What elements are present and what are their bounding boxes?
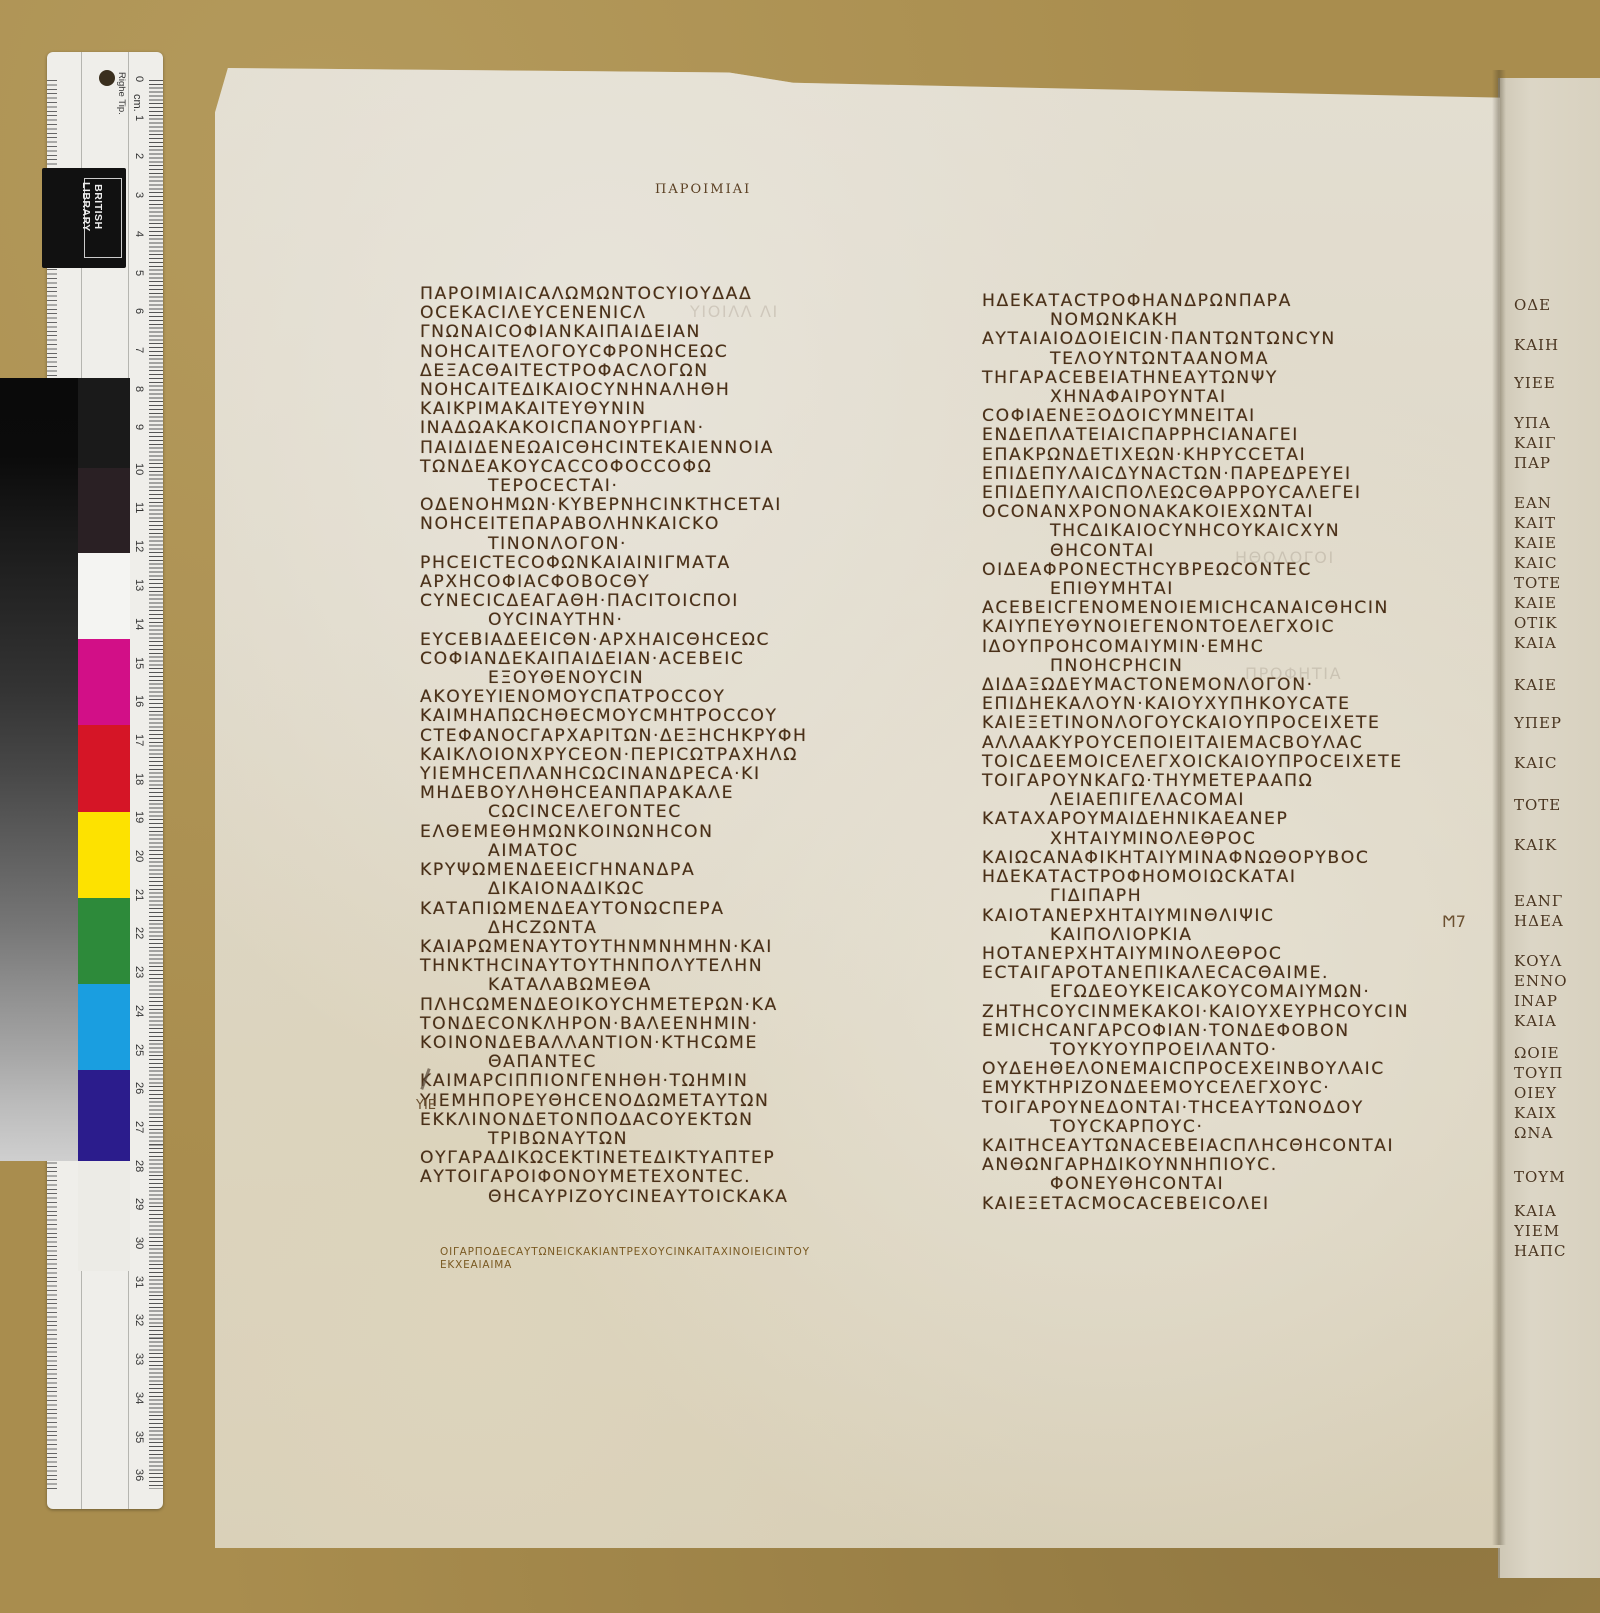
ruler-cm-number: 32	[133, 1314, 145, 1326]
manuscript-line: ΘΗCΑΥΡΙΖΟΥCΙΝΕΑΥΤΟΙCΚΑΚΑ	[420, 1188, 808, 1207]
facing-page-fragment: ΗΑΠC	[1514, 1244, 1566, 1259]
manuscript-line: ΘΑΠΑΝΤΕC	[420, 1053, 808, 1072]
manuscript-line: ΟΔΕΝΟΗΜΩΝ·ΚΥΒΕΡΝΗCΙΝΚΤΗCΕΤΑΙ	[420, 496, 808, 515]
manuscript-line: ΚΑΙΕΞΕΤΙΝΟΝΛΟΓΟΥCΚΑΙΟΥΠΡΟCΕΙΧΕΤΕ	[982, 714, 1409, 733]
margin-quire-number: Ϻ7	[1442, 912, 1466, 931]
ruler-cm-number: 30	[133, 1237, 145, 1249]
running-title: ΠΑΡΟΙΜΙΑΙ	[655, 182, 751, 197]
manuscript-line: CΥΝΕCΙCΔΕΑΓΑΘΗ·ΠΑCΙΤΟΙCΠΟΙ	[420, 592, 808, 611]
ruler-cm-number: 31	[133, 1276, 145, 1288]
manuscript-line: ΑCΕΒΕΙCΓΕΝΟΜΕΝΟΙΕΜΙCΗCΑΝΑΙCΘΗCΙΝ	[982, 599, 1409, 618]
manuscript-line: ΤΩΝΔΕΑΚΟΥCΑCCΟΦΟCCΟΦΩ	[420, 458, 808, 477]
ruler-cm-number: 27	[133, 1121, 145, 1133]
facing-page-fragment: ΚΑΙΤ	[1514, 516, 1556, 531]
manuscript-line: ΑΥΤΟΙΓΑΡΟΙΦΟΝΟΥΜΕΤΕΧΟΝΤΕC.	[420, 1168, 808, 1187]
manuscript-line: ΙΝΑΔΩΑΚΑΚΟΙCΠΑΝΟΥΡΓΙΑΝ·	[420, 419, 808, 438]
ruler-cm-number: 15	[133, 657, 145, 669]
manuscript-line: ΤΡΙΒΩΝΑΥΤΩΝ	[420, 1130, 808, 1149]
manuscript-line: ΖΗΤΗCΟΥCΙΝΜΕΚΑΚΟΙ·ΚΑΙΟΥΧΕΥΡΗCΟΥCΙΝ	[982, 1003, 1409, 1022]
ruler-cm-number: 36	[133, 1469, 145, 1481]
manuscript-line: ΑΚΟΥΕΥΙΕΝΟΜΟΥCΠΑΤΡΟCCΟΥ	[420, 688, 808, 707]
ruler-cm-number: 0	[133, 76, 145, 82]
facing-page-fragment: ΟΙΕΥ	[1514, 1086, 1557, 1101]
manuscript-line: ΤΟΝΔΕCΟΝΚΛΗΡΟΝ·ΒΑΛΕΕΝΗΜΙΝ·	[420, 1015, 808, 1034]
facing-page-fragment: ΚΑΙΧ	[1514, 1106, 1557, 1121]
manuscript-line: ΚΡΥΨΩΜΕΝΔΕΕΙCΓΗΝΑΝΔΡΑ	[420, 861, 808, 880]
ruler-cm-number: 12	[133, 540, 145, 552]
ruler-cm-number: 28	[133, 1160, 145, 1172]
facing-page-fragment: ΤΟΤΕ	[1514, 798, 1561, 813]
manuscript-line: ΤΕΡΟCΕCΤΑΙ·	[420, 477, 808, 496]
facing-page-fragment: ΙΝΑΡ	[1514, 994, 1558, 1009]
ruler-cm-number: 35	[133, 1431, 145, 1443]
manuscript-line: ΚΑΙΠΟΛΙΟΡΚΙΑ	[982, 926, 1409, 945]
manuscript-line: ΕΠΙΘΥΜΗΤΑΙ	[982, 580, 1409, 599]
facing-page-fragment: ΠΑΡ	[1514, 456, 1551, 471]
manuscript-line: ΔΙΔΑΞΩΔΕΥΜΑCΤΟΝΕΜΟΝΛΟΓΟΝ·	[982, 676, 1409, 695]
ruler-bottom-patch	[78, 1161, 130, 1271]
manuscript-line: ΠΝΟΗCΡΗCΙΝ	[982, 657, 1409, 676]
facing-page-fragment: ΤΟΥΠ	[1514, 1066, 1563, 1081]
manuscript-line: ΚΑΙΥΠΕΥΘΥΝΟΙΕΓΕΝΟΝΤΟΕΛΕΓΧΟΙC	[982, 618, 1409, 637]
manuscript-line: ΤΟΙΓΑΡΟΥΝΚΑΓΩ·ΤΗΥΜΕΤΕΡΑΑΠΩ	[982, 772, 1409, 791]
manuscript-line: ΟΥΓΑΡΑΔΙΚΩCΕΚΤΙΝΕΤΕΔΙΚΤΥΑΠΤΕΡ	[420, 1149, 808, 1168]
ruler-cm-number: 22	[133, 927, 145, 939]
manuscript-line: ΤΟΥΚΥΟΥΠΡΟΕΙΛΑΝΤΟ·	[982, 1041, 1409, 1060]
manuscript-line: ΕΠΑΚΡΩΝΔΕΤΙΧΕΩΝ·ΚΗΡΥCCΕΤΑΙ	[982, 446, 1409, 465]
ruler-cm-number: 29	[133, 1198, 145, 1210]
footnote-line: ΟΙΓΑΡΠΟΔΕCΑΥΤΩΝΕΙCΚΑΚΙΑΝΤΡΕΧΟΥCΙΝΚΑΙΤΑΧΙ…	[440, 1246, 810, 1259]
manuscript-line: ΑΙΜΑΤΟC	[420, 842, 808, 861]
manuscript-line: ΚΑΤΑΧΑΡΟΥΜΑΙΔΕΗΝΙΚΑΕΑΝΕΡ	[982, 810, 1409, 829]
ruler-cm-number: 23	[133, 966, 145, 978]
manuscript-line: ΡΗCΕΙCΤΕCΟΦΩΝΚΑΙΑΙΝΙΓΜΑΤΑ	[420, 554, 808, 573]
ruler-cm-number: 9	[133, 424, 145, 430]
color-swatch-yellow	[78, 812, 130, 898]
manuscript-line: ΕΝΔΕΠΛΑΤΕΙΑΙCΠΑΡΡΗCΙΑΝΑΓΕΙ	[982, 426, 1409, 445]
text-column-right: ΗΔΕΚΑΤΑCΤΡΟΦΗΑΝΔΡΩΝΠΑΡΑΝΟΜΩΝΚΑΚΗΑΥΤΑΙΑΙΟ…	[982, 292, 1409, 1214]
ruler-cm-number: 4	[133, 231, 145, 237]
ruler-cm-unit-label: cm.	[131, 94, 143, 112]
facing-page-fragment: ΤΟΤΕ	[1514, 576, 1561, 591]
text-column-left: ΠΑΡΟΙΜΙΑΙCΑΛΩΜΩΝΤΟCΥΙΟΥΔΑΔΟCΕΚΑCΙΛΕΥCΕΝΕ…	[420, 285, 808, 1207]
manuscript-line: CΤΕΦΑΝΟCΓΑΡΧΑΡΙΤΩΝ·ΔΕΞΗCΗΚΡΥΦΗ	[420, 727, 808, 746]
manuscript-line: ΟΙΔΕΑΦΡΟΝΕCΤΗCΥΒΡΕΩCΟΝΤΕC	[982, 561, 1409, 580]
ruler-cm-number: 19	[133, 811, 145, 823]
ruler-hanging-hole	[99, 70, 115, 86]
facing-page-fragment: ΚΟΥΛ	[1514, 954, 1562, 969]
ruler-cm-number: 2	[133, 153, 145, 159]
ruler-cm-number: 18	[133, 773, 145, 785]
manuscript-line: ΕCΤΑΙΓΑΡΟΤΑΝΕΠΙΚΑΛΕCΑCΘΑΙΜΕ.	[982, 964, 1409, 983]
manuscript-line: ΝΟΗCΑΙΤΕΛΟΓΟΥCΦΡΟΝΗCΕΩC	[420, 343, 808, 362]
facing-page-fragment: ΤΟΥΜ	[1514, 1170, 1566, 1185]
ruler-cm-ticks	[149, 80, 163, 1489]
facing-page-fragment: ΕΑΝΓ	[1514, 894, 1563, 909]
manuscript-line: ΤΕΛΟΥΝΤΩΝΤΑΑΝΟΜΑ	[982, 350, 1409, 369]
manuscript-line: ΕΠΙΔΕΠΥΛΑΙCΠΟΛΕΩCΘΑΡΡΟΥCΑΛΕΓΕΙ	[982, 484, 1409, 503]
manuscript-line: ΚΑΤΑΠΙΩΜΕΝΔΕΑΥΤΟΝΩCΠΕΡΑ	[420, 900, 808, 919]
color-swatch-black	[78, 378, 130, 468]
manuscript-line: ΟCΟΝΑΝΧΡΟΝΟΝΑΚΑΚΟΙΕΧΩΝΤΑΙ	[982, 503, 1409, 522]
facing-page-fragment: ΚΑΙΕ	[1514, 536, 1557, 551]
color-swatch-cyan	[78, 984, 130, 1070]
manuscript-line: ΜΗΔΕΒΟΥΛΗΘΗCΕΑΝΠΑΡΑΚΑΛΕ	[420, 784, 808, 803]
manuscript-line: ΗΔΕΚΑΤΑCΤΡΟΦΗΟΜΟΙΩCΚΑΤΑΙ	[982, 868, 1409, 887]
manuscript-line: ΔΙΚΑΙΟΝΑΔΙΚΩC	[420, 880, 808, 899]
facing-page-fragment: ΩΝΑ	[1514, 1126, 1553, 1141]
facing-page-fragment: ΚΑΙΕ	[1514, 678, 1557, 693]
manuscript-line: CΩCΙΝCΕΛΕΓΟΝΤΕC	[420, 803, 808, 822]
manuscript-line: ΝΟΗCΑΙΤΕΔΙΚΑΙΟCΥΝΗΝΑΛΗΘΗ	[420, 381, 808, 400]
manuscript-line: ΟΥCΙΝΑΥΤΗΝ·	[420, 611, 808, 630]
facing-page-fragment: ΚΑΙΑ	[1514, 1014, 1557, 1029]
ruler-cm-number: 17	[133, 734, 145, 746]
manuscript-line: ΚΑΙΟΤΑΝΕΡΧΗΤΑΙΥΜΙΝΘΛΙΨΙC	[982, 907, 1409, 926]
color-swatch-blue-violet	[78, 1070, 130, 1161]
ruler-cm-number: 1	[133, 115, 145, 121]
gutter-shadow	[1492, 70, 1506, 1545]
manuscript-line: ΟCΕΚΑCΙΛΕΥCΕΝΕΝΙCΛ	[420, 304, 808, 323]
manuscript-line: ΤΗΝΚΤΗCΙΝΑΥΤΟΥΤΗΝΠΟΛΥΤΕΛΗΝ	[420, 957, 808, 976]
manuscript-line: ΚΑΤΑΛΑΒΩΜΕΘΑ	[420, 976, 808, 995]
facing-page-fragment: ΚΑΙΚ	[1514, 838, 1557, 853]
ruler-cm-number: 10	[133, 463, 145, 475]
manuscript-line: ΗΔΕΚΑΤΑCΤΡΟΦΗΑΝΔΡΩΝΠΑΡΑ	[982, 292, 1409, 311]
manuscript-line: ΠΛΗCΩΜΕΝΔΕΟΙΚΟΥCΗΜΕΤΕΡΩΝ·ΚΑ	[420, 996, 808, 1015]
facing-page-fragment: ΥΙΕΜ	[1514, 1224, 1560, 1239]
manuscript-line: ΓΙΔΙΠΑΡΗ	[982, 887, 1409, 906]
manuscript-line: ΕΞΟΥΘΕΝΟΥCΙΝ	[420, 669, 808, 688]
manuscript-line: ΑΥΤΑΙΑΙΟΔΟΙΕΙCΙΝ·ΠΑΝΤΩΝΤΩΝCΥΝ	[982, 330, 1409, 349]
manuscript-line: ΚΑΙΜΗΑΠΩCΗΘΕCΜΟΥCΜΗΤΡΟCCΟΥ	[420, 707, 808, 726]
manuscript-line: ΝΟΜΩΝΚΑΚΗ	[982, 311, 1409, 330]
facing-page-fragment: ΟΤΙΚ	[1514, 616, 1557, 631]
manuscript-line: ΤΟΙCΔΕΕΜΟΙCΕΛΕΓΧΟΙCΚΑΙΟΥΠΡΟCΕΙΧΕΤΕ	[982, 753, 1409, 772]
facing-page-fragment: ΚΑΙΗ	[1514, 338, 1559, 353]
ruler-cm-number: 7	[133, 347, 145, 353]
facing-page-fragment: ΚΑΙΕ	[1514, 596, 1557, 611]
manuscript-line: ΕΜΥΚΤΗΡΙΖΟΝΔΕΕΜΟΥCΕΛΕΓΧΟΥC·	[982, 1079, 1409, 1098]
manuscript-line: ΟΥΔΕΗΘΕΛΟΝΕΜΑΙCΠΡΟCΕΧΕΙΝΒΟΥΛΑΙC	[982, 1060, 1409, 1079]
manuscript-line: ΑΝΘΩΝΓΑΡΗΔΙΚΟΥΝΝΗΠΙΟΥC.	[982, 1156, 1409, 1175]
manuscript-line: ΑΛΛΑΑΚΥΡΟΥCΕΠΟΙΕΙΤΑΙΕΜΑCΒΟΥΛΑC	[982, 734, 1409, 753]
bottom-margin-correction: ΟΙΓΑΡΠΟΔΕCΑΥΤΩΝΕΙCΚΑΚΙΑΝΤΡΕΧΟΥCΙΝΚΑΙΤΑΧΙ…	[440, 1246, 810, 1272]
manuscript-line: ΥΙΕΜΗCΕΠΛΑΝΗCΩCΙΝΑΝΔΡΕCΑ·ΚΙ	[420, 765, 808, 784]
manuscript-line: ΧΗΤΑΙΥΜΙΝΟΛΕΘΡΟC	[982, 830, 1409, 849]
ruler-cm-number: 24	[133, 1005, 145, 1017]
manuscript-line: ΚΑΙΕΞΕΤΑCΜΟCΑCΕΒΕΙCΟΛΕΙ	[982, 1195, 1409, 1214]
facing-page-fragment: ΚΑΙΓ	[1514, 436, 1556, 451]
ruler-cm-number: 26	[133, 1082, 145, 1094]
facing-page-fragment: ΚΑΙC	[1514, 756, 1557, 771]
facing-page-fragment: ΚΑΙΑ	[1514, 636, 1557, 651]
manuscript-line: ΚΑΙΩCΑΝΑΦΙΚΗΤΑΙΥΜΙΝΑΦΝΩΘΟΡΥΒΟC	[982, 849, 1409, 868]
ruler-cm-number: 6	[133, 308, 145, 314]
ruler-cm-number: 21	[133, 889, 145, 901]
facing-page-fragment: ΚΑΙC	[1514, 556, 1557, 571]
color-swatch-red	[78, 725, 130, 812]
ruler-cm-number: 11	[133, 502, 145, 513]
manuscript-line: ΧΗΝΑΦΑΙΡΟΥΝΤΑΙ	[982, 388, 1409, 407]
manuscript-line: ΠΑΙΔΙΔΕΝΕΩΑΙCΘΗCΙΝΤΕΚΑΙΕΝΝΟΙΑ	[420, 439, 808, 458]
british-library-badge: BRITISH LIBRARY	[42, 168, 126, 268]
facing-page-fragment: ΕΝΝΟ	[1514, 974, 1568, 989]
manuscript-line: CΟΦΙΑΕΝΕΞΟΔΟΙCΥΜΝΕΙΤΑΙ	[982, 407, 1409, 426]
color-swatch-white	[78, 553, 130, 639]
manuscript-line: ΦΟΝΕΥΘΗCΟΝΤΑΙ	[982, 1175, 1409, 1194]
manuscript-line: ΚΑΙΑΡΩΜΕΝΑΥΤΟΥΤΗΝΜΝΗΜΗΝ·ΚΑΙ	[420, 938, 808, 957]
facing-page-fragment: ΟΔΕ	[1514, 298, 1551, 313]
manuscript-line: ΙΔΟΥΠΡΟΗCΟΜΑΙΥΜΙΝ·ΕΜΗC	[982, 638, 1409, 657]
manuscript-line: ΓΝΩΝΑΙCΟΦΙΑΝΚΑΙΠΑΙΔΕΙΑΝ	[420, 323, 808, 342]
manuscript-line: ΕΥCΕΒΙΑΔΕΕΙCΘΝ·ΑΡΧΗΑΙCΘΗCΕΩC	[420, 631, 808, 650]
manuscript-line: ΤΙΝΟΝΛΟΓΟΝ·	[420, 535, 808, 554]
ruler-cm-number: 14	[133, 618, 145, 630]
manuscript-line: ΗΟΤΑΝΕΡΧΗΤΑΙΥΜΙΝΟΛΕΘΡΟC	[982, 945, 1409, 964]
ruler-cm-number: 8	[133, 386, 145, 392]
badge-text: BRITISH LIBRARY	[80, 182, 104, 232]
margin-insertion: ΥΙΕ	[416, 1098, 436, 1113]
facing-page-fragment: ΥΠΕΡ	[1514, 716, 1562, 731]
facing-page-fragment: ΥΙΕΕ	[1514, 376, 1556, 391]
ruler-cm-number: 20	[133, 850, 145, 862]
manuscript-line: ΕΛΘΕΜΕΘΗΜΩΝΚΟΙΝΩΝΗCΟΝ	[420, 823, 808, 842]
manuscript-line: ΑΡΧΗCΟΦΙΑCΦΟΒΟCΘΥ	[420, 573, 808, 592]
manuscript-line: ΘΗCΟΝΤΑΙ	[982, 542, 1409, 561]
manuscript-line: ΕΠΙΔΗΕΚΑΛΟΥΝ·ΚΑΙΟΥΧΥΠΗΚΟΥCΑΤΕ	[982, 695, 1409, 714]
manuscript-line: ΤΗCΔΙΚΑΙΟCΥΝΗCΟΥΚΑΙCΧΥΝ	[982, 522, 1409, 541]
manuscript-line: ΕΓΩΔΕΟΥΚΕΙCΑΚΟΥCΟΜΑΙΥΜΩΝ·	[982, 983, 1409, 1002]
manuscript-line: ΚΑΙΤΗCΕΑΥΤΩΝΑCΕΒΕΙΑCΠΛΗCΘΗCΟΝΤΑΙ	[982, 1137, 1409, 1156]
grayscale-target	[0, 378, 78, 1161]
facing-page-fragment: ΥΠΑ	[1514, 416, 1551, 431]
color-swatch-green	[78, 898, 130, 984]
facing-page-fragment: ΩΟΙΕ	[1514, 1046, 1560, 1061]
color-swatch-magenta	[78, 639, 130, 725]
manuscript-line: ΔΗCΖΩΝΤΑ	[420, 919, 808, 938]
ruler-cm-number: 33	[133, 1353, 145, 1365]
color-swatch-strip	[78, 378, 130, 1161]
manuscript-line: ΕΜΙCΗCΑΝΓΑΡCΟΦΙΑΝ·ΤΟΝΔΕΦΟΒΟΝ	[982, 1022, 1409, 1041]
manuscript-line: ΛΕΙΑΕΠΙΓΕΛΑCΟΜΑΙ	[982, 791, 1409, 810]
facing-page-fragment: ΚΑΙΑ	[1514, 1204, 1557, 1219]
manuscript-line: ΠΑΡΟΙΜΙΑΙCΑΛΩΜΩΝΤΟCΥΙΟΥΔΑΔ	[420, 285, 808, 304]
facing-page-fragment: ΕΑΝ	[1514, 496, 1552, 511]
manuscript-line: ΚΟΙΝΟΝΔΕΒΑΛΛΑΝΤΙΟΝ·ΚΤΗCΩΜΕ	[420, 1034, 808, 1053]
ruler-lines-unit-label: Righe Tip.	[116, 72, 127, 115]
manuscript-line: ΚΑΙΚΡΙΜΑΚΑΙΤΕΥΘΥΝΙΝ	[420, 400, 808, 419]
ruler-cm-number: 5	[133, 270, 145, 276]
manuscript-line: ΤΗΓΑΡΑCΕΒΕΙΑΤΗΝΕΑΥΤΩΝΨΥ	[982, 369, 1409, 388]
manuscript-line: ΤΟΥCΚΑΡΠΟΥC·	[982, 1118, 1409, 1137]
ruler-cm-number: 25	[133, 1044, 145, 1056]
manuscript-line: ΕΠΙΔΕΠΥΛΑΙCΔΥΝΑCΤΩΝ·ΠΑΡΕΔΡΕΥΕΙ	[982, 465, 1409, 484]
ruler-cm-number: 34	[133, 1392, 145, 1404]
color-swatch-dark-brown-black	[78, 468, 130, 553]
facing-page-fragment: ΗΔΕΑ	[1514, 914, 1564, 929]
facing-page: ΟΔΕΚΑΙΗΥΙΕΕΥΠΑΚΑΙΓΠΑΡΕΑΝΚΑΙΤΚΑΙΕΚΑΙCΤΟΤΕ…	[1498, 78, 1600, 1578]
footnote-line: ΕΚΧΕΑΙΑΙΜΑ	[440, 1259, 810, 1272]
manuscript-line: ΤΟΙΓΑΡΟΥΝΕΔΟΝΤΑΙ·ΤΗCΕΑΥΤΩΝΟΔΟΥ	[982, 1099, 1409, 1118]
manuscript-line: ΝΟΗCΕΙΤΕΠΑΡΑΒΟΛΗΝΚΑΙCΚΟ	[420, 515, 808, 534]
manuscript-line: ΕΚΚΛΙΝΟΝΔΕΤΟΝΠΟΔΑCΟΥΕΚΤΩΝ	[420, 1111, 808, 1130]
manuscript-line: ΥΙΕΜΗΠΟΡΕΥΘΗCΕΝΟΔΩΜΕΤΑΥΤΩΝ	[420, 1092, 808, 1111]
manuscript-line: ΚΑΙΜΑΡCΙΠΠΙΟΝΓΕΝΗΘΗ·ΤΩΗΜΙΝ	[420, 1072, 808, 1091]
ruler-cm-number: 16	[133, 695, 145, 707]
manuscript-line: CΟΦΙΑΝΔΕΚΑΙΠΑΙΔΕΙΑΝ·ΑCΕΒΕΙC	[420, 650, 808, 669]
ruler-cm-number: 3	[133, 192, 145, 198]
ruler-cm-number: 13	[133, 579, 145, 591]
manuscript-line: ΔΕΞΑCΘΑΙΤΕCΤΡΟΦΑCΛΟΓΩΝ	[420, 362, 808, 381]
manuscript-line: ΚΑΙΚΛΟΙΟΝΧΡΥCΕΟΝ·ΠΕΡΙCΩΤΡΑΧΗΛΩ	[420, 746, 808, 765]
